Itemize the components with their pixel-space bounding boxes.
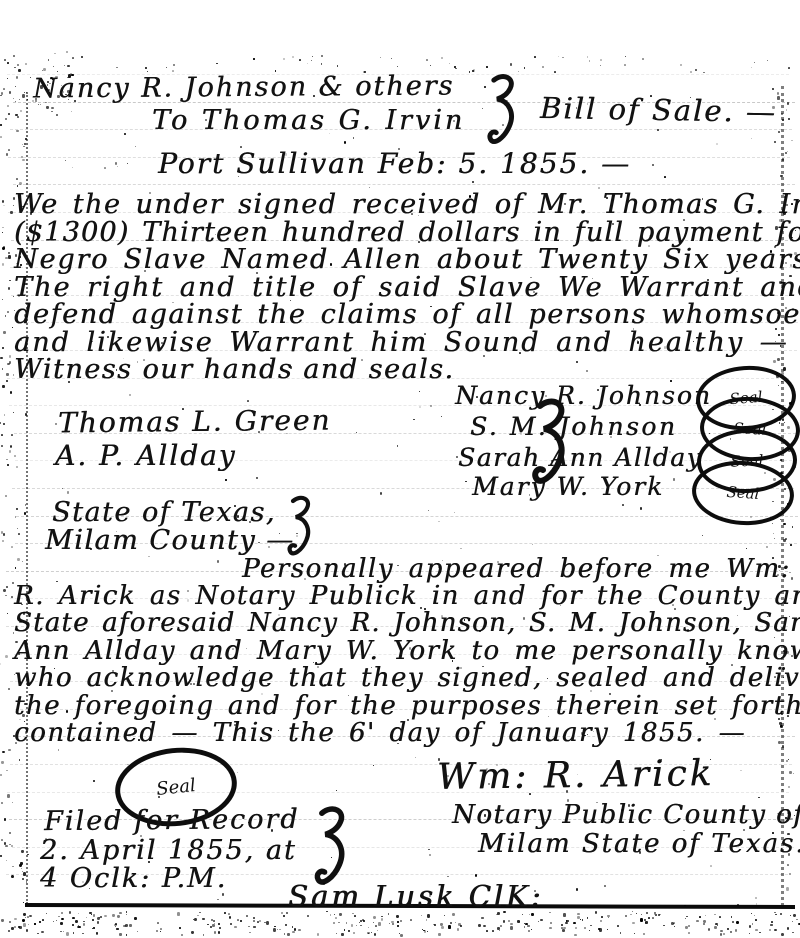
deed-text-line: Negro Slave Named Allen about Twenty Six…	[14, 246, 800, 273]
acknowledgment-line: who acknowledge that they signed, sealed…	[14, 665, 800, 691]
acknowledgment-line: State aforesaid Nancy R. Johnson, S. M. …	[14, 610, 800, 636]
deed-text-line: The right and title of said Slave We War…	[14, 274, 800, 301]
scanned-document-page: Nancy R. Johnson & others To Thomas G. I…	[0, 0, 800, 938]
brace-icon	[524, 396, 576, 496]
seller-signature: Nancy R. Johnson	[455, 383, 712, 408]
acknowledgment-line: the foregoing and for the purposes there…	[14, 693, 800, 719]
acknowledgment-line: Personally appeared before me Wm:	[242, 556, 791, 582]
acknowledgment-line: R. Arick as Notary Publick in and for th…	[14, 583, 800, 609]
filing-line: 2. April 1855, at	[40, 837, 297, 864]
filing-line: 4 Oclk: P.M.	[40, 865, 227, 892]
notary-signature: Wm: R. Arick	[437, 756, 715, 796]
deed-text-line: Witness our hands and seals.	[14, 356, 455, 383]
filing-line: Filed for Record	[44, 806, 300, 835]
header-place-date: Port Sullivan Feb: 5. 1855. —	[158, 150, 631, 178]
header-grantor-line: Nancy R. Johnson & others	[33, 73, 455, 103]
deed-text-line: and likewise Warrant him Sound and healt…	[14, 329, 800, 356]
header-doctype: Bill of Sale. —	[540, 94, 777, 127]
header-grantee-line: To Thomas G. Irvin	[152, 107, 465, 134]
acknowledgment-line: contained — This the 6' day of January 1…	[14, 720, 746, 746]
seal-label: Seal	[155, 774, 196, 799]
seller-signature: Sarah Ann Allday	[458, 445, 702, 470]
notary-title-line: Notary Public County of	[452, 802, 800, 828]
brace-icon	[478, 72, 526, 154]
deed-text-line: ($1300) Thirteen hundred dollars in full…	[14, 219, 800, 246]
acknowledgment-line: Ann Allday and Mary W. York to me person…	[14, 638, 800, 664]
witness-signature: Thomas L. Green	[58, 407, 332, 438]
deed-text-line: defend against the claims of all persons…	[14, 301, 800, 328]
venue-county-line: Milam County —	[45, 527, 295, 554]
witness-signature: A. P. Allday	[55, 442, 237, 470]
deed-text-line: We the under signed received of Mr. Thom…	[14, 191, 800, 218]
clerk-signature: Sam Lusk ClK:	[288, 882, 543, 911]
venue-state-line: State of Texas,	[52, 499, 276, 526]
seal-label: Seal	[726, 483, 760, 503]
